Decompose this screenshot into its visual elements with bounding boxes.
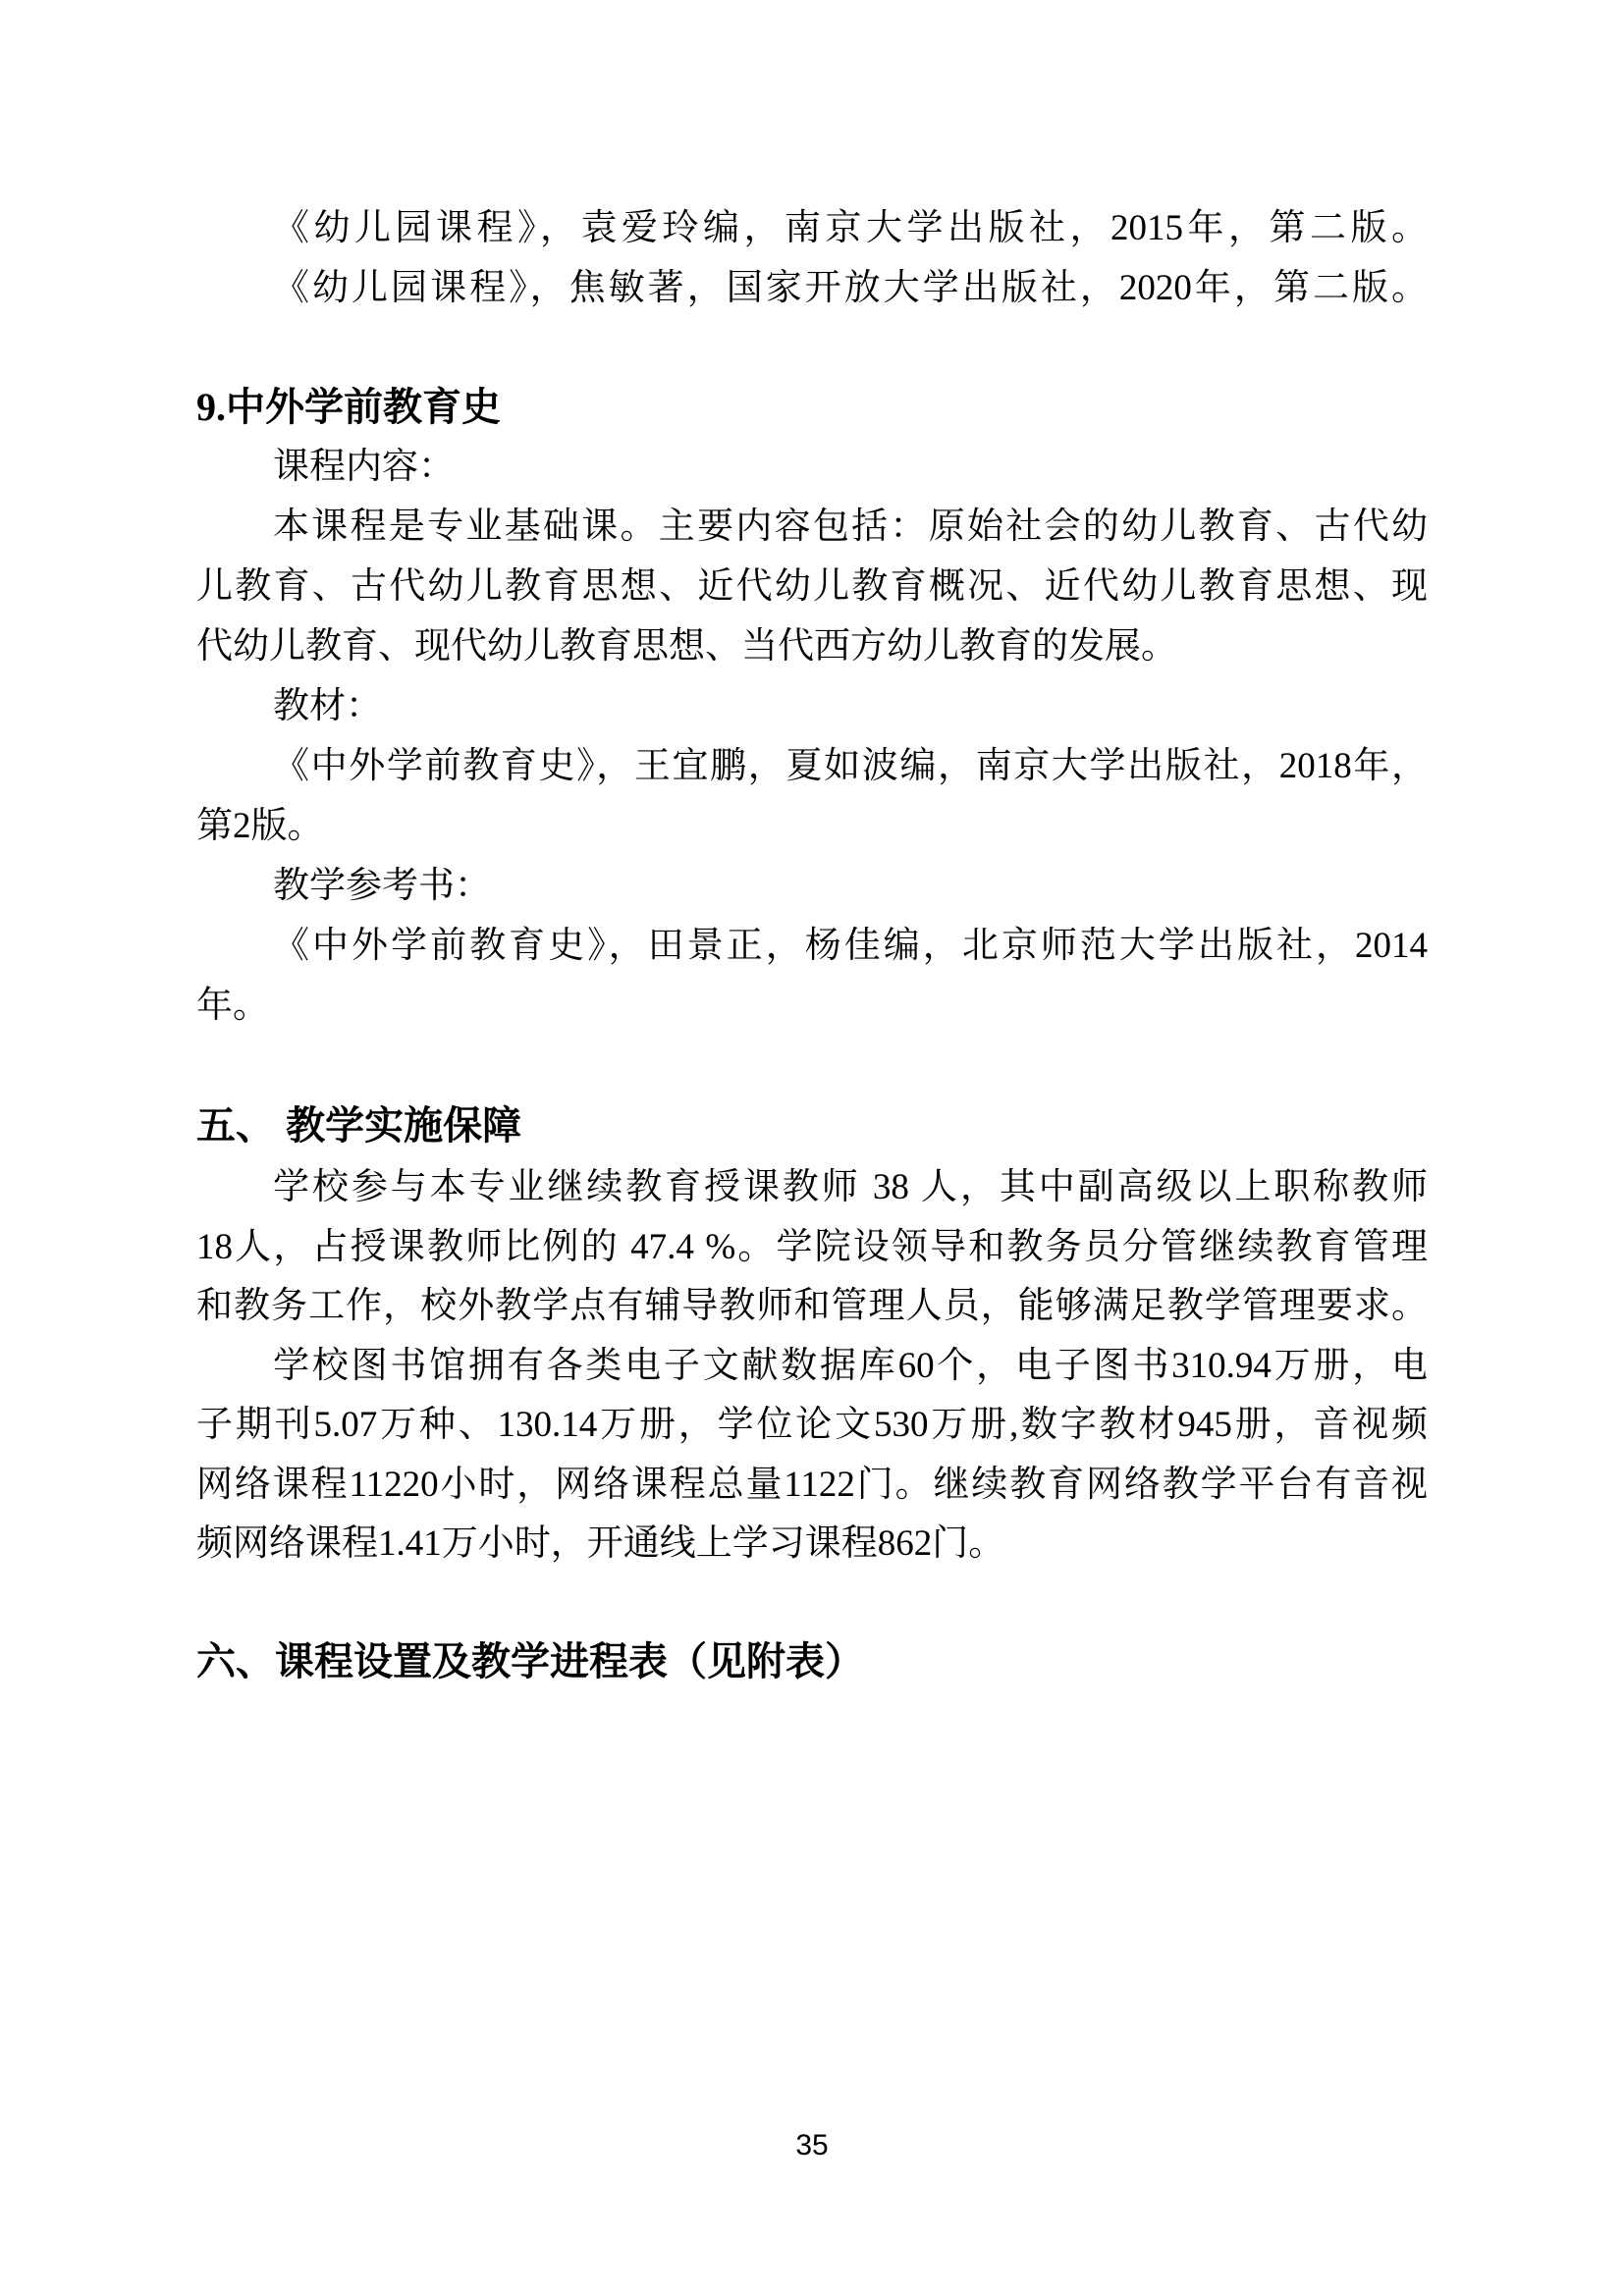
teaching-reference-label: 教学参考书： <box>196 856 1428 916</box>
course-9-heading: 9.中外学前教育史 <box>196 378 1428 437</box>
textbook-line: 《中外学前教育史》，王宜鹏，夏如波编，南京大学出版社，2018年， <box>196 736 1428 796</box>
teaching-reference-line: 《中外学前教育史》，田景正，杨佳编，北京师范大学出版社，2014 <box>196 916 1428 976</box>
textbook-line: 第2版。 <box>196 796 1428 856</box>
textbook-label: 教材： <box>196 676 1428 736</box>
section-5-heading: 五、 教学实施保障 <box>196 1096 1428 1155</box>
section-5-body: 学校参与本专业继续教育授课教师 38 人，其中副高级以上职称教师 18人，占授课… <box>196 1158 1428 1575</box>
section-5-paragraph-line: 学校图书馆拥有各类电子文献数据库60个，电子图书310.94万册，电 <box>196 1337 1428 1397</box>
course-description-line: 代幼儿教育、现代幼儿教育思想、当代西方幼儿教育的发展。 <box>196 616 1428 676</box>
reference-line: 《幼儿园课程》，袁爱玲编，南京大学出版社，2015年，第二版。 <box>196 198 1428 258</box>
section-5-paragraph-line: 和教务工作，校外教学点有辅导教师和管理人员，能够满足教学管理要求。 <box>196 1277 1428 1337</box>
section-5-paragraph-line: 频网络课程1.41万小时，开通线上学习课程862门。 <box>196 1515 1428 1575</box>
section-6-heading: 六、课程设置及教学进程表（见附表） <box>196 1632 1428 1691</box>
section-5-paragraph-line: 网络课程11220小时，网络课程总量1122门。继续教育网络教学平台有音视 <box>196 1456 1428 1516</box>
page-number: 35 <box>0 2123 1624 2168</box>
references-paragraph: 《幼儿园课程》，袁爱玲编，南京大学出版社，2015年，第二版。 《幼儿园课程》，… <box>196 198 1428 318</box>
section-5-paragraph-line: 子期刊5.07万种、130.14万册，学位论文530万册,数字教材945册，音视… <box>196 1396 1428 1456</box>
document-page: 《幼儿园课程》，袁爱玲编，南京大学出版社，2015年，第二版。 《幼儿园课程》，… <box>0 0 1624 2296</box>
course-description-line: 儿教育、古代幼儿教育思想、近代幼儿教育概况、近代幼儿教育思想、现 <box>196 557 1428 616</box>
course-content-label: 课程内容： <box>196 437 1428 497</box>
section-5-paragraph-line: 学校参与本专业继续教育授课教师 38 人，其中副高级以上职称教师 <box>196 1158 1428 1218</box>
reference-line: 《幼儿园课程》，焦敏著，国家开放大学出版社，2020年，第二版。 <box>196 258 1428 318</box>
section-5-paragraph-line: 18人，占授课教师比例的 47.4 %。学院设领导和教务员分管继续教育管理 <box>196 1218 1428 1278</box>
course-9-body: 课程内容： 本课程是专业基础课。主要内容包括：原始社会的幼儿教育、古代幼 儿教育… <box>196 437 1428 1036</box>
course-description-line: 本课程是专业基础课。主要内容包括：原始社会的幼儿教育、古代幼 <box>196 497 1428 557</box>
teaching-reference-line: 年。 <box>196 976 1428 1036</box>
